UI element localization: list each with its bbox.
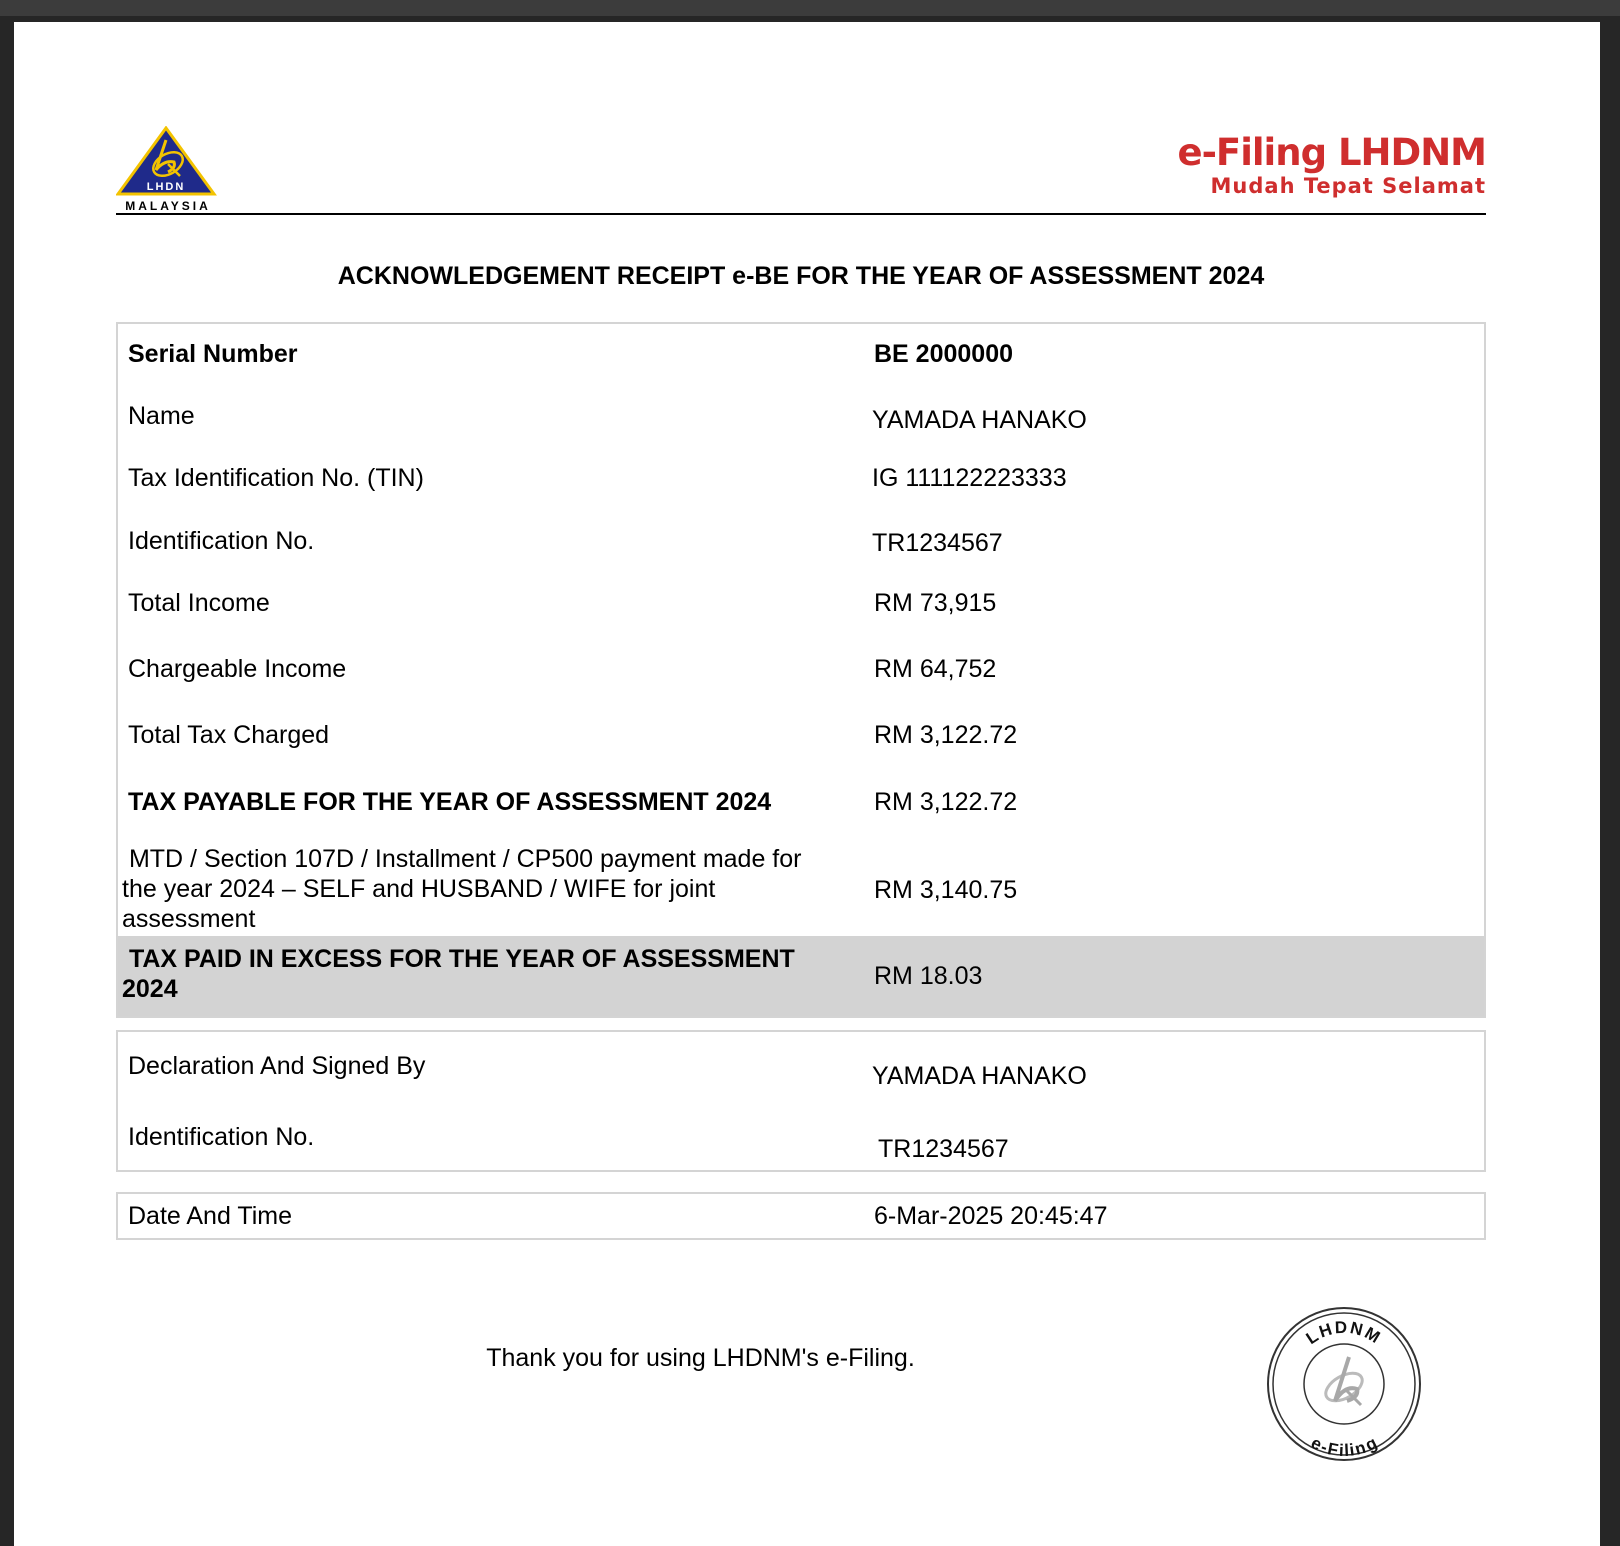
detail-label: TAX PAID IN EXCESS FOR THE YEAR OF ASSES… xyxy=(122,944,842,1004)
declaration-label: Declaration And Signed By xyxy=(128,1052,425,1081)
brand-tagline: Mudah Tepat Selamat xyxy=(1177,174,1486,198)
detail-label: Tax Identification No. (TIN) xyxy=(128,464,424,493)
detail-label: Identification No. xyxy=(128,527,314,556)
detail-value: RM 3,140.75 xyxy=(874,876,1017,905)
header-divider xyxy=(116,213,1486,215)
detail-value: RM 3,122.72 xyxy=(874,788,1017,817)
detail-label: Chargeable Income xyxy=(128,655,346,684)
detail-value: RM 64,752 xyxy=(874,655,996,684)
brand-title: e-Filing LHDNM xyxy=(1177,132,1486,174)
lhdnm-efiling-stamp-icon: LHDNM e-Filing xyxy=(1265,1305,1423,1463)
detail-value: IG 111122223333 xyxy=(872,464,1067,493)
detail-value: BE 2000000 xyxy=(874,340,1013,369)
date-time-label: Date And Time xyxy=(128,1202,292,1231)
declaration-value: TR1234567 xyxy=(878,1135,1009,1164)
detail-label: TAX PAYABLE FOR THE YEAR OF ASSESSMENT 2… xyxy=(128,788,771,817)
receipt-details-table: Serial Number BE 2000000 Name YAMADA HAN… xyxy=(116,322,1486,1018)
efiling-stamp: LHDNM e-Filing xyxy=(1265,1305,1423,1463)
lhdn-logo: LHDN MALAYSIA xyxy=(116,126,226,214)
detail-label: Serial Number xyxy=(128,340,298,369)
declaration-table: Declaration And Signed By YAMADA HANAKO … xyxy=(116,1030,1486,1172)
detail-value: RM 18.03 xyxy=(874,962,982,991)
detail-value: YAMADA HANAKO xyxy=(872,406,1087,435)
declaration-label: Identification No. xyxy=(128,1123,314,1152)
detail-label: MTD / Section 107D / Installment / CP500… xyxy=(122,844,842,934)
date-time-table: Date And Time 6-Mar-2025 20:45:47 xyxy=(116,1192,1486,1240)
detail-value: RM 3,122.72 xyxy=(874,721,1017,750)
svg-text:LHDN: LHDN xyxy=(147,181,186,193)
detail-row-tax-paid-in-excess: TAX PAID IN EXCESS FOR THE YEAR OF ASSES… xyxy=(118,936,1484,1016)
detail-row-payments-made: MTD / Section 107D / Installment / CP500… xyxy=(118,844,1484,938)
thank-you-message: Thank you for using LHDNM's e-Filing. xyxy=(14,1344,1387,1373)
document-page: LHDN MALAYSIA e-Filing LHDNM Mudah Tepat… xyxy=(14,22,1600,1546)
detail-label: Total Tax Charged xyxy=(128,721,329,750)
svg-text:MALAYSIA: MALAYSIA xyxy=(125,199,211,213)
detail-value: TR1234567 xyxy=(872,529,1003,558)
date-time-value: 6-Mar-2025 20:45:47 xyxy=(874,1202,1107,1231)
detail-label: Total Income xyxy=(128,589,270,618)
efiling-brand: e-Filing LHDNM Mudah Tepat Selamat xyxy=(1177,132,1486,198)
lhdn-triangle-logo-icon: LHDN MALAYSIA xyxy=(116,126,226,214)
declaration-value: YAMADA HANAKO xyxy=(872,1062,1087,1091)
detail-value: RM 73,915 xyxy=(874,589,996,618)
detail-label: Name xyxy=(128,402,195,431)
document-title: ACKNOWLEDGEMENT RECEIPT e-BE FOR THE YEA… xyxy=(116,262,1486,291)
viewer-toolbar xyxy=(0,0,1620,16)
